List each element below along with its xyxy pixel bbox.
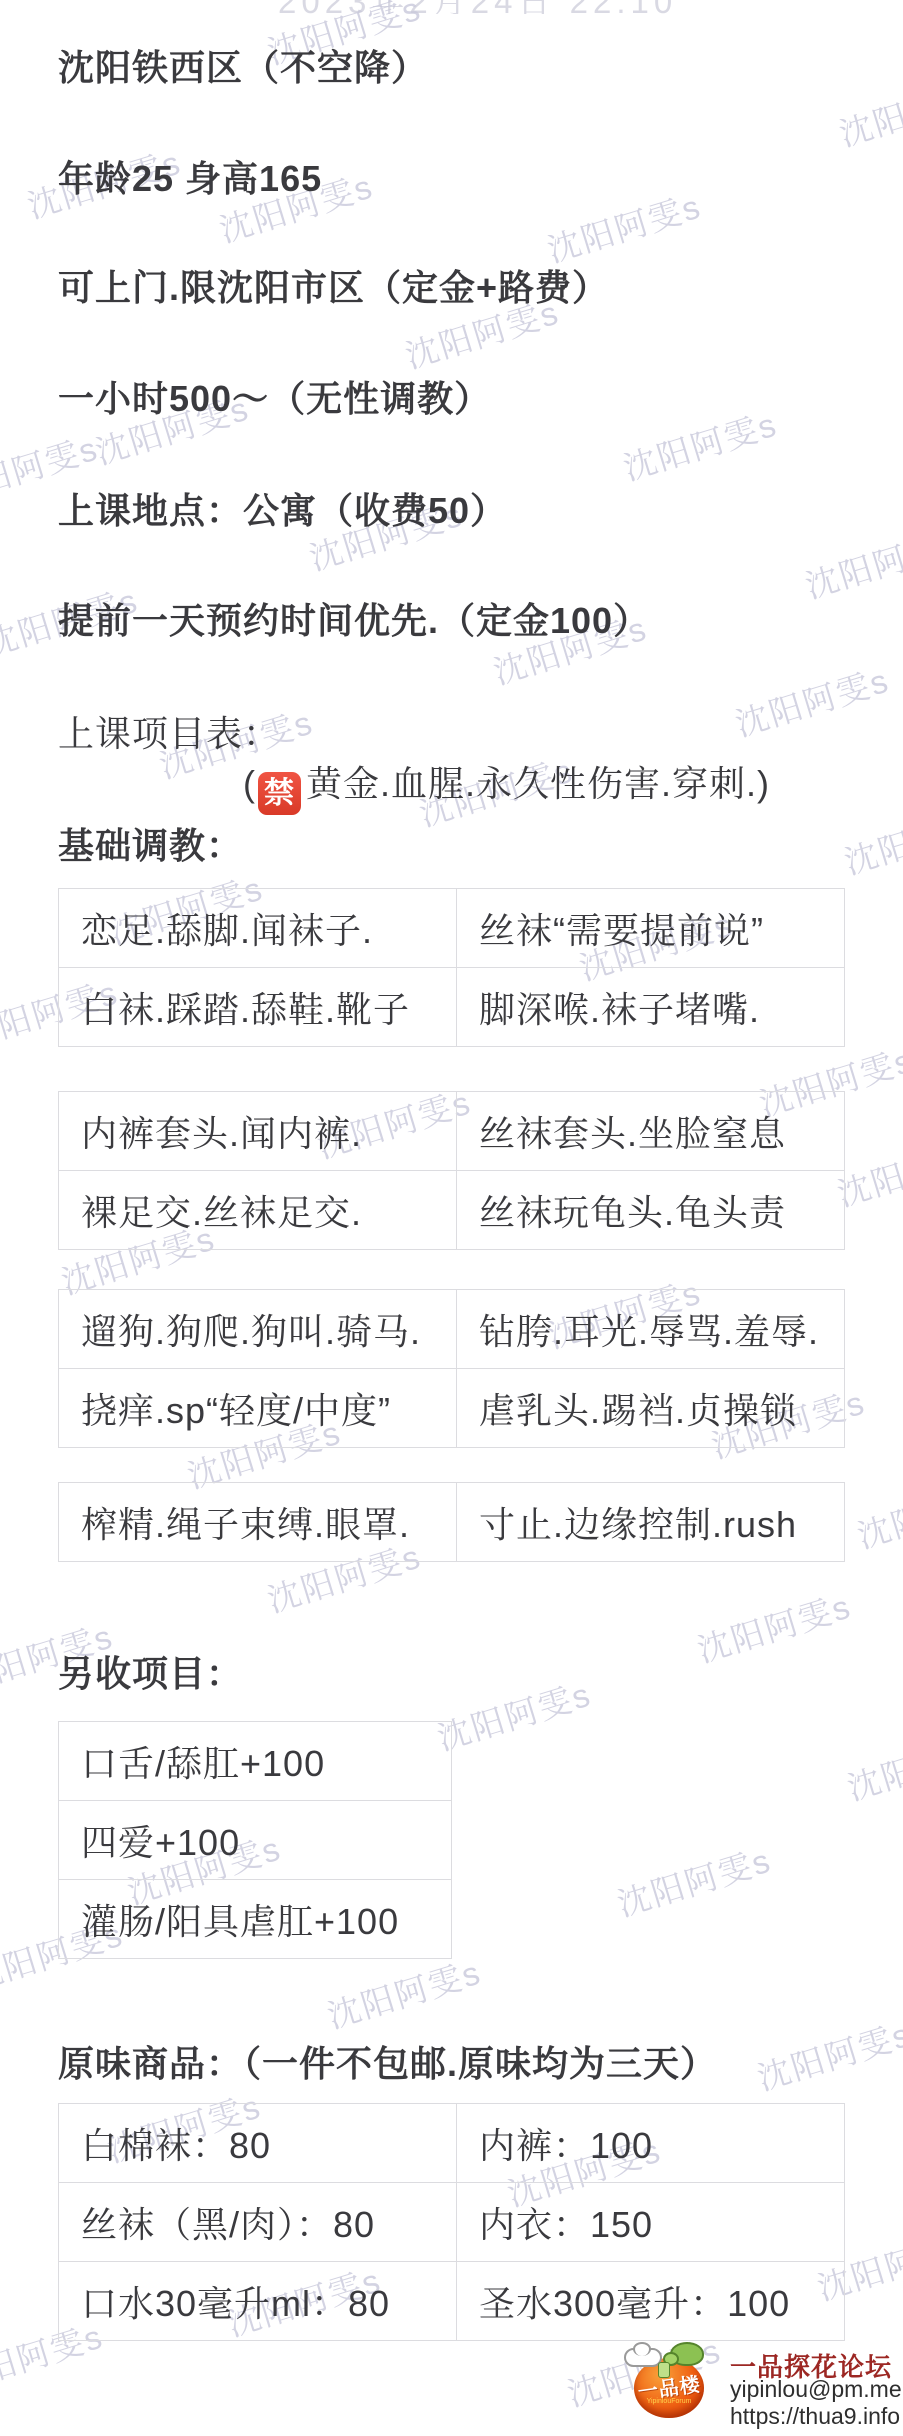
table-cell: 丝袜“需要提前说” bbox=[457, 889, 845, 968]
table-row: 内裤套头.闻内裤. 丝袜套头.坐脸窒息 bbox=[59, 1092, 845, 1171]
table-cell: 丝袜（黑/肉）：80 bbox=[59, 2183, 457, 2262]
turtle-icon bbox=[670, 2342, 704, 2366]
watermark: 沈阳阿雯s bbox=[799, 517, 903, 608]
table-row: 白棉袜：80 内裤：100 bbox=[59, 2104, 845, 2183]
watermark: 沈阳阿雯s bbox=[851, 1467, 903, 1558]
table-cell: 挠痒.sp“轻度/中度” bbox=[59, 1369, 457, 1448]
goods-table: 白棉袜：80 内裤：100 丝袜（黑/肉）：80 内衣：150 口水30毫升ml… bbox=[58, 2103, 845, 2341]
profile-price-line: 一小时500～（无性调教） bbox=[58, 371, 491, 422]
forbidden-text: 黄金.血腥.永久性伤害.穿刺.) bbox=[306, 763, 770, 804]
training-table-4: 榨精.绳子束缚.眼罩. 寸止.边缘控制.rush bbox=[58, 1482, 845, 1562]
logo-subtitle: YipinlouForum bbox=[636, 2398, 702, 2405]
table-row: 榨精.绳子束缚.眼罩. 寸止.边缘控制.rush bbox=[59, 1483, 845, 1562]
course-list-title: 上课项目表： bbox=[58, 706, 280, 757]
profile-visit-line: 可上门.限沈阳市区（定金+路费） bbox=[58, 260, 609, 311]
table-row: 丝袜（黑/肉）：80 内衣：150 bbox=[59, 2183, 845, 2262]
watermark: 沈阳阿雯s bbox=[541, 181, 706, 272]
table-cell: 内裤套头.闻内裤. bbox=[59, 1092, 457, 1171]
watermark: 沈阳阿雯s bbox=[838, 793, 903, 884]
forum-email: yipinlou@pm.me bbox=[730, 2376, 902, 2403]
table-cell: 脚深喉.袜子堵嘴. bbox=[457, 968, 845, 1047]
watermark: 沈阳阿雯s bbox=[611, 1835, 776, 1926]
prohibited-icon: 禁 bbox=[258, 772, 301, 815]
base-training-title: 基础调教： bbox=[58, 818, 243, 869]
profile-venue-line: 上课地点：公寓（收费50） bbox=[58, 483, 507, 534]
watermark: 沈阳阿雯s bbox=[617, 399, 782, 490]
table-row: 恋足.舔脚.闻袜子. 丝袜“需要提前说” bbox=[59, 889, 845, 968]
table-row: 口舌/舔肛+100 bbox=[59, 1722, 452, 1801]
table-row: 口水30毫升ml：80 圣水300毫升：100 bbox=[59, 2262, 845, 2341]
training-table-1: 恋足.舔脚.闻袜子. 丝袜“需要提前说” 白袜.踩踏.舔鞋.靴子 脚深喉.袜子堵… bbox=[58, 888, 845, 1047]
table-cell: 口舌/舔肛+100 bbox=[59, 1722, 452, 1801]
table-cell: 内裤：100 bbox=[457, 2104, 845, 2183]
table-cell: 白棉袜：80 bbox=[59, 2104, 457, 2183]
table-cell: 内衣：150 bbox=[457, 2183, 845, 2262]
table-cell: 灌肠/阳具虐肛+100 bbox=[59, 1880, 452, 1959]
watermark: 沈阳阿雯s bbox=[431, 1669, 596, 1760]
table-row: 遛狗.狗爬.狗叫.骑马. 钻胯.耳光.辱骂.羞辱. bbox=[59, 1290, 845, 1369]
watermark: 沈阳阿雯s bbox=[691, 1581, 856, 1672]
forum-logo: 一品楼 YipinlouForum bbox=[626, 2344, 710, 2424]
clipped-timestamp: 2023年2月24日 22:10 bbox=[0, 0, 903, 14]
forbidden-note: (禁黄金.血腥.永久性伤害.穿刺.) bbox=[243, 756, 770, 815]
watermark: 沈阳阿雯s bbox=[751, 2009, 903, 2100]
watermark: 沈阳阿雯s bbox=[729, 655, 894, 746]
forum-url: https://thua9.info bbox=[730, 2403, 900, 2430]
page: { "watermark_text": "沈阳阿雯s", "header_dat… bbox=[0, 0, 903, 2436]
extra-fee-table: 口舌/舔肛+100 四爱+100 灌肠/阳具虐肛+100 bbox=[58, 1721, 452, 1959]
watermark: 沈阳阿雯s bbox=[321, 1947, 486, 2038]
table-row: 白袜.踩踏.舔鞋.靴子 脚深喉.袜子堵嘴. bbox=[59, 968, 845, 1047]
goods-title: 原味商品：（一件不包邮.原味均为三天） bbox=[58, 2036, 717, 2087]
watermark: 沈阳阿雯s bbox=[841, 1719, 903, 1810]
training-table-2: 内裤套头.闻内裤. 丝袜套头.坐脸窒息 裸足交.丝袜足交. 丝袜玩龟头.龟头责 bbox=[58, 1091, 845, 1250]
watermark: 沈阳阿雯s bbox=[833, 65, 903, 156]
table-cell: 榨精.绳子束缚.眼罩. bbox=[59, 1483, 457, 1562]
table-cell: 丝袜玩龟头.龟头责 bbox=[457, 1171, 845, 1250]
table-cell: 圣水300毫升：100 bbox=[457, 2262, 845, 2341]
profile-booking-line: 提前一天预约时间优先.（定金100） bbox=[58, 593, 650, 644]
table-row: 裸足交.丝袜足交. 丝袜玩龟头.龟头责 bbox=[59, 1171, 845, 1250]
table-cell: 口水30毫升ml：80 bbox=[59, 2262, 457, 2341]
table-cell: 白袜.踩踏.舔鞋.靴子 bbox=[59, 968, 457, 1047]
forbidden-prefix: ( bbox=[243, 763, 256, 804]
table-row: 四爱+100 bbox=[59, 1801, 452, 1880]
table-cell: 钻胯.耳光.辱骂.羞辱. bbox=[457, 1290, 845, 1369]
table-row: 灌肠/阳具虐肛+100 bbox=[59, 1880, 452, 1959]
cloud-icon bbox=[624, 2348, 662, 2367]
table-cell: 恋足.舔脚.闻袜子. bbox=[59, 889, 457, 968]
table-cell: 裸足交.丝袜足交. bbox=[59, 1171, 457, 1250]
training-table-3: 遛狗.狗爬.狗叫.骑马. 钻胯.耳光.辱骂.羞辱. 挠痒.sp“轻度/中度” 虐… bbox=[58, 1289, 845, 1448]
profile-age-height-line: 年龄25 身高165 bbox=[58, 151, 322, 202]
profile-location-line: 沈阳铁西区（不空降） bbox=[58, 40, 428, 91]
table-cell: 寸止.边缘控制.rush bbox=[457, 1483, 845, 1562]
table-row: 挠痒.sp“轻度/中度” 虐乳头.踢裆.贞操锁 bbox=[59, 1369, 845, 1448]
table-cell: 虐乳头.踢裆.贞操锁 bbox=[457, 1369, 845, 1448]
table-cell: 丝袜套头.坐脸窒息 bbox=[457, 1092, 845, 1171]
table-cell: 遛狗.狗爬.狗叫.骑马. bbox=[59, 1290, 457, 1369]
table-cell: 四爱+100 bbox=[59, 1801, 452, 1880]
extra-fee-title: 另收项目： bbox=[58, 1646, 243, 1697]
